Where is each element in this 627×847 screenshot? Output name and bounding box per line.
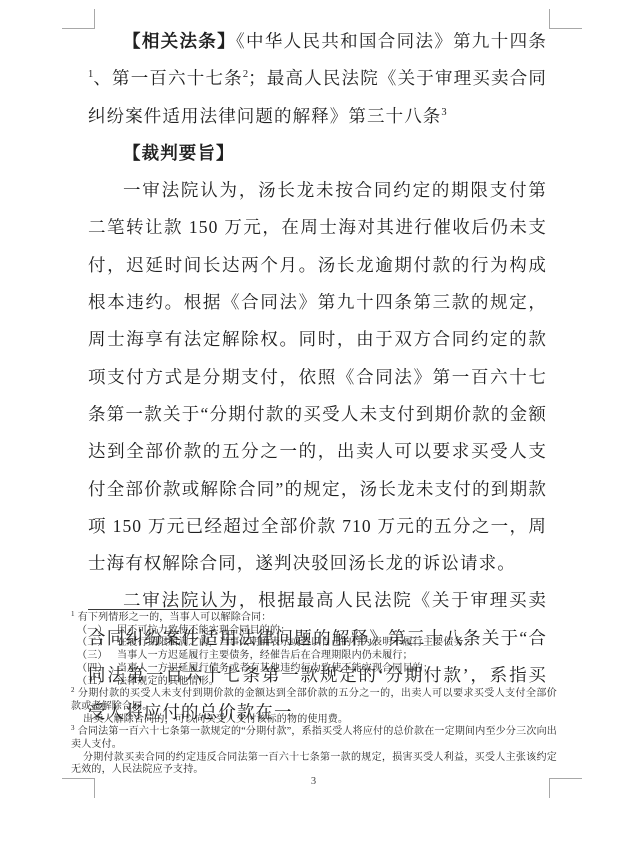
footnote-2: 2分期付款的买受人未支付到期价款的金额达到全部价款的五分之一的，出卖人可以要求买… — [71, 688, 557, 713]
footnote-3-subparagraph: 分期付款买卖合同的约定违反合同法第一百六十七条第一款的规定，损害买受人利益，买受… — [71, 752, 557, 777]
footnote-1-item-5: （五） 法律规定的其他情形。 — [71, 676, 557, 689]
footnote-1-item-4-text: 当事人一方迟延履行债务或者有其他违约行为致使不能实现合同目的； — [117, 663, 557, 676]
related-articles-text-1: 《中华人民共和国合同法》第九十四条 — [236, 31, 547, 51]
footnote-1-item-3: （三） 当事人一方迟延履行主要债务，经催告后在合理期限内仍未履行； — [71, 650, 557, 663]
gist-paragraph-first-instance: 一审法院认为，汤长龙未按合同约定的期限支付第二笔转让款 150 万元，在周士海对… — [88, 172, 547, 582]
footnote-1-item-2-number: （二） — [77, 637, 117, 650]
footnote-3-number: 3 — [71, 724, 75, 732]
related-articles-paragraph: 【相关法条】《中华人民共和国合同法》第九十四条1、第一百六十七条2；最高人民法院… — [88, 23, 547, 135]
footnote-3: 3合同法第一百六十七条第一款规定的“分期付款”，系指买受人将应付的总价款在一定期… — [71, 726, 557, 751]
related-articles-label: 【相关法条】 — [123, 31, 236, 51]
footnote-1-item-1-text: 因不可抗力致使不能实现合同目的的； — [117, 625, 557, 638]
page-number: 3 — [0, 776, 627, 787]
footnote-1-intro: 有下列情形之一的，当事人可以解除合同： — [78, 612, 272, 623]
footnote-1-item-1-number: （一） — [77, 625, 117, 638]
footnote-1-item-3-text: 当事人一方迟延履行主要债务，经催告后在合理期限内仍未履行； — [117, 650, 557, 663]
footnote-1-item-5-number: （五） — [77, 676, 117, 689]
footnote-1: 1有下列情形之一的，当事人可以解除合同： — [71, 612, 557, 625]
footnote-3-text: 合同法第一百六十七条第一款规定的“分期付款”，系指买受人将应付的总价款在一定期间… — [71, 726, 557, 750]
footnote-2-number: 2 — [71, 686, 75, 694]
footnote-2-subparagraph: 出卖人解除合同的，可以向买受人支付该标的物的使用费。 — [71, 714, 557, 727]
footnote-1-item-1: （一） 因不可抗力致使不能实现合同目的的； — [71, 625, 557, 638]
document-page: 【相关法条】《中华人民共和国合同法》第九十四条1、第一百六十七条2；最高人民法院… — [0, 0, 627, 847]
footnote-ref-3: 3 — [441, 107, 446, 118]
footnote-1-item-4-number: （四） — [77, 663, 117, 676]
footnote-1-item-5-text: 法律规定的其他情形。 — [117, 676, 557, 689]
related-articles-text-2: 、第一百六十七条 — [93, 68, 243, 88]
footnote-1-number: 1 — [71, 610, 75, 618]
footnotes: 1有下列情形之一的，当事人可以解除合同： （一） 因不可抗力致使不能实现合同目的… — [71, 612, 557, 777]
footnote-separator — [88, 609, 231, 610]
footnote-1-item-4: （四） 当事人一方迟延履行债务或者有其他违约行为致使不能实现合同目的； — [71, 663, 557, 676]
footnote-1-item-2-text: 在履行期限届满之前，当事人明确表示或者以自己的行为表明不履行主要债务； — [117, 637, 557, 650]
crop-mark-top-right — [549, 9, 582, 29]
footnote-2-text: 分期付款的买受人未支付到期价款的金额达到全部价款的五分之一的，出卖人可以要求买受… — [71, 688, 557, 712]
judgment-gist-heading: 【裁判要旨】 — [88, 135, 547, 172]
footnote-1-item-3-number: （三） — [77, 650, 117, 663]
footnote-1-item-2: （二） 在履行期限届满之前，当事人明确表示或者以自己的行为表明不履行主要债务； — [71, 637, 557, 650]
